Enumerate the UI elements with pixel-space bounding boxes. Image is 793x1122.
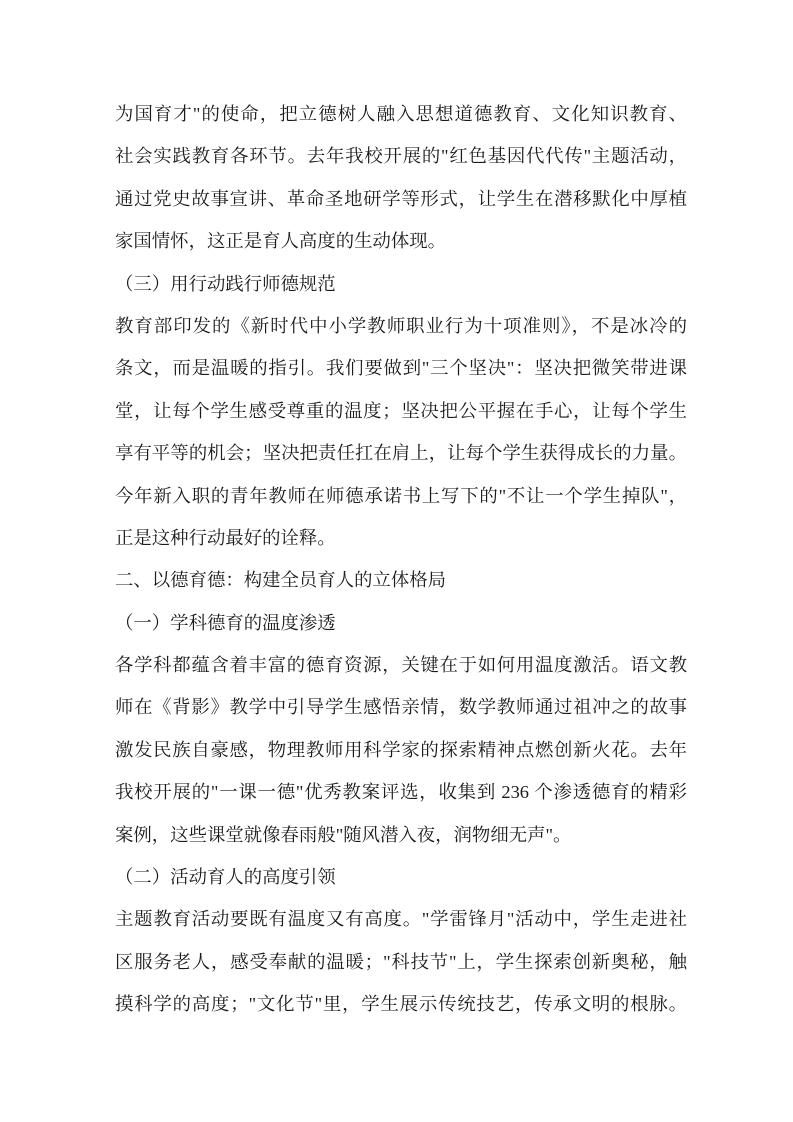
body-text-line: 各学科都蕴含着丰富的德育资源，关键在于如何用温度激活。语文教 — [115, 644, 687, 686]
section-heading-text-line: 二、以德育德：构建全员育人的立体格局 — [115, 559, 687, 601]
body-text-line: 条文，而是温暖的指引。我们要做到"三个坚决"：坚决把微笑带进课 — [115, 347, 687, 389]
sub-heading-text-line: （三）用行动践行师德规范 — [115, 263, 687, 305]
body-text-line: 师在《背影》教学中引导学生感悟亲情，数学教师通过祖冲之的故事 — [115, 686, 687, 728]
body-text-line: 今年新入职的青年教师在师德承诺书上写下的"不让一个学生掉队"， — [115, 475, 687, 517]
sub-heading-text-line: （二）活动育人的高度引领 — [115, 856, 687, 898]
document-text-block: 为国育才"的使命，把立德树人融入思想道德教育、文化知识教育、社会实践教育各环节。… — [115, 93, 687, 1026]
body-text-line: 我校开展的"一课一德"优秀教案评选，收集到 236 个渗透德育的精彩 — [115, 771, 687, 813]
body-text-line: 家国情怀，这正是育人高度的生动体现。 — [115, 220, 687, 262]
body-text-line: 摸科学的高度；"文化节"里，学生展示传统技艺，传承文明的根脉。 — [115, 983, 687, 1025]
body-text-line: 案例，这些课堂就像春雨般"随风潜入夜，润物细无声"。 — [115, 814, 687, 856]
body-text-line: 正是这种行动最好的诠释。 — [115, 517, 687, 559]
body-text-line: 通过党史故事宣讲、革命圣地研学等形式，让学生在潜移默化中厚植 — [115, 178, 687, 220]
body-text-line: 激发民族自豪感，物理教师用科学家的探索精神点燃创新火花。去年 — [115, 729, 687, 771]
body-text-line: 教育部印发的《新时代中小学教师职业行为十项准则》，不是冰冷的 — [115, 305, 687, 347]
body-text-line: 区服务老人，感受奉献的温暖；"科技节"上，学生探索创新奥秘，触 — [115, 941, 687, 983]
document-page: 为国育才"的使命，把立德树人融入思想道德教育、文化知识教育、社会实践教育各环节。… — [0, 0, 793, 1122]
body-text-line: 社会实践教育各环节。去年我校开展的"红色基因代代传"主题活动， — [115, 135, 687, 177]
body-text-line: 主题教育活动要既有温度又有高度。"学雷锋月"活动中，学生走进社 — [115, 898, 687, 940]
body-text-line: 享有平等的机会；坚决把责任扛在肩上，让每个学生获得成长的力量。 — [115, 432, 687, 474]
body-text-line: 为国育才"的使命，把立德树人融入思想道德教育、文化知识教育、 — [115, 93, 687, 135]
sub-heading-text-line: （一）学科德育的温度渗透 — [115, 602, 687, 644]
body-text-line: 堂，让每个学生感受尊重的温度；坚决把公平握在手心，让每个学生 — [115, 390, 687, 432]
